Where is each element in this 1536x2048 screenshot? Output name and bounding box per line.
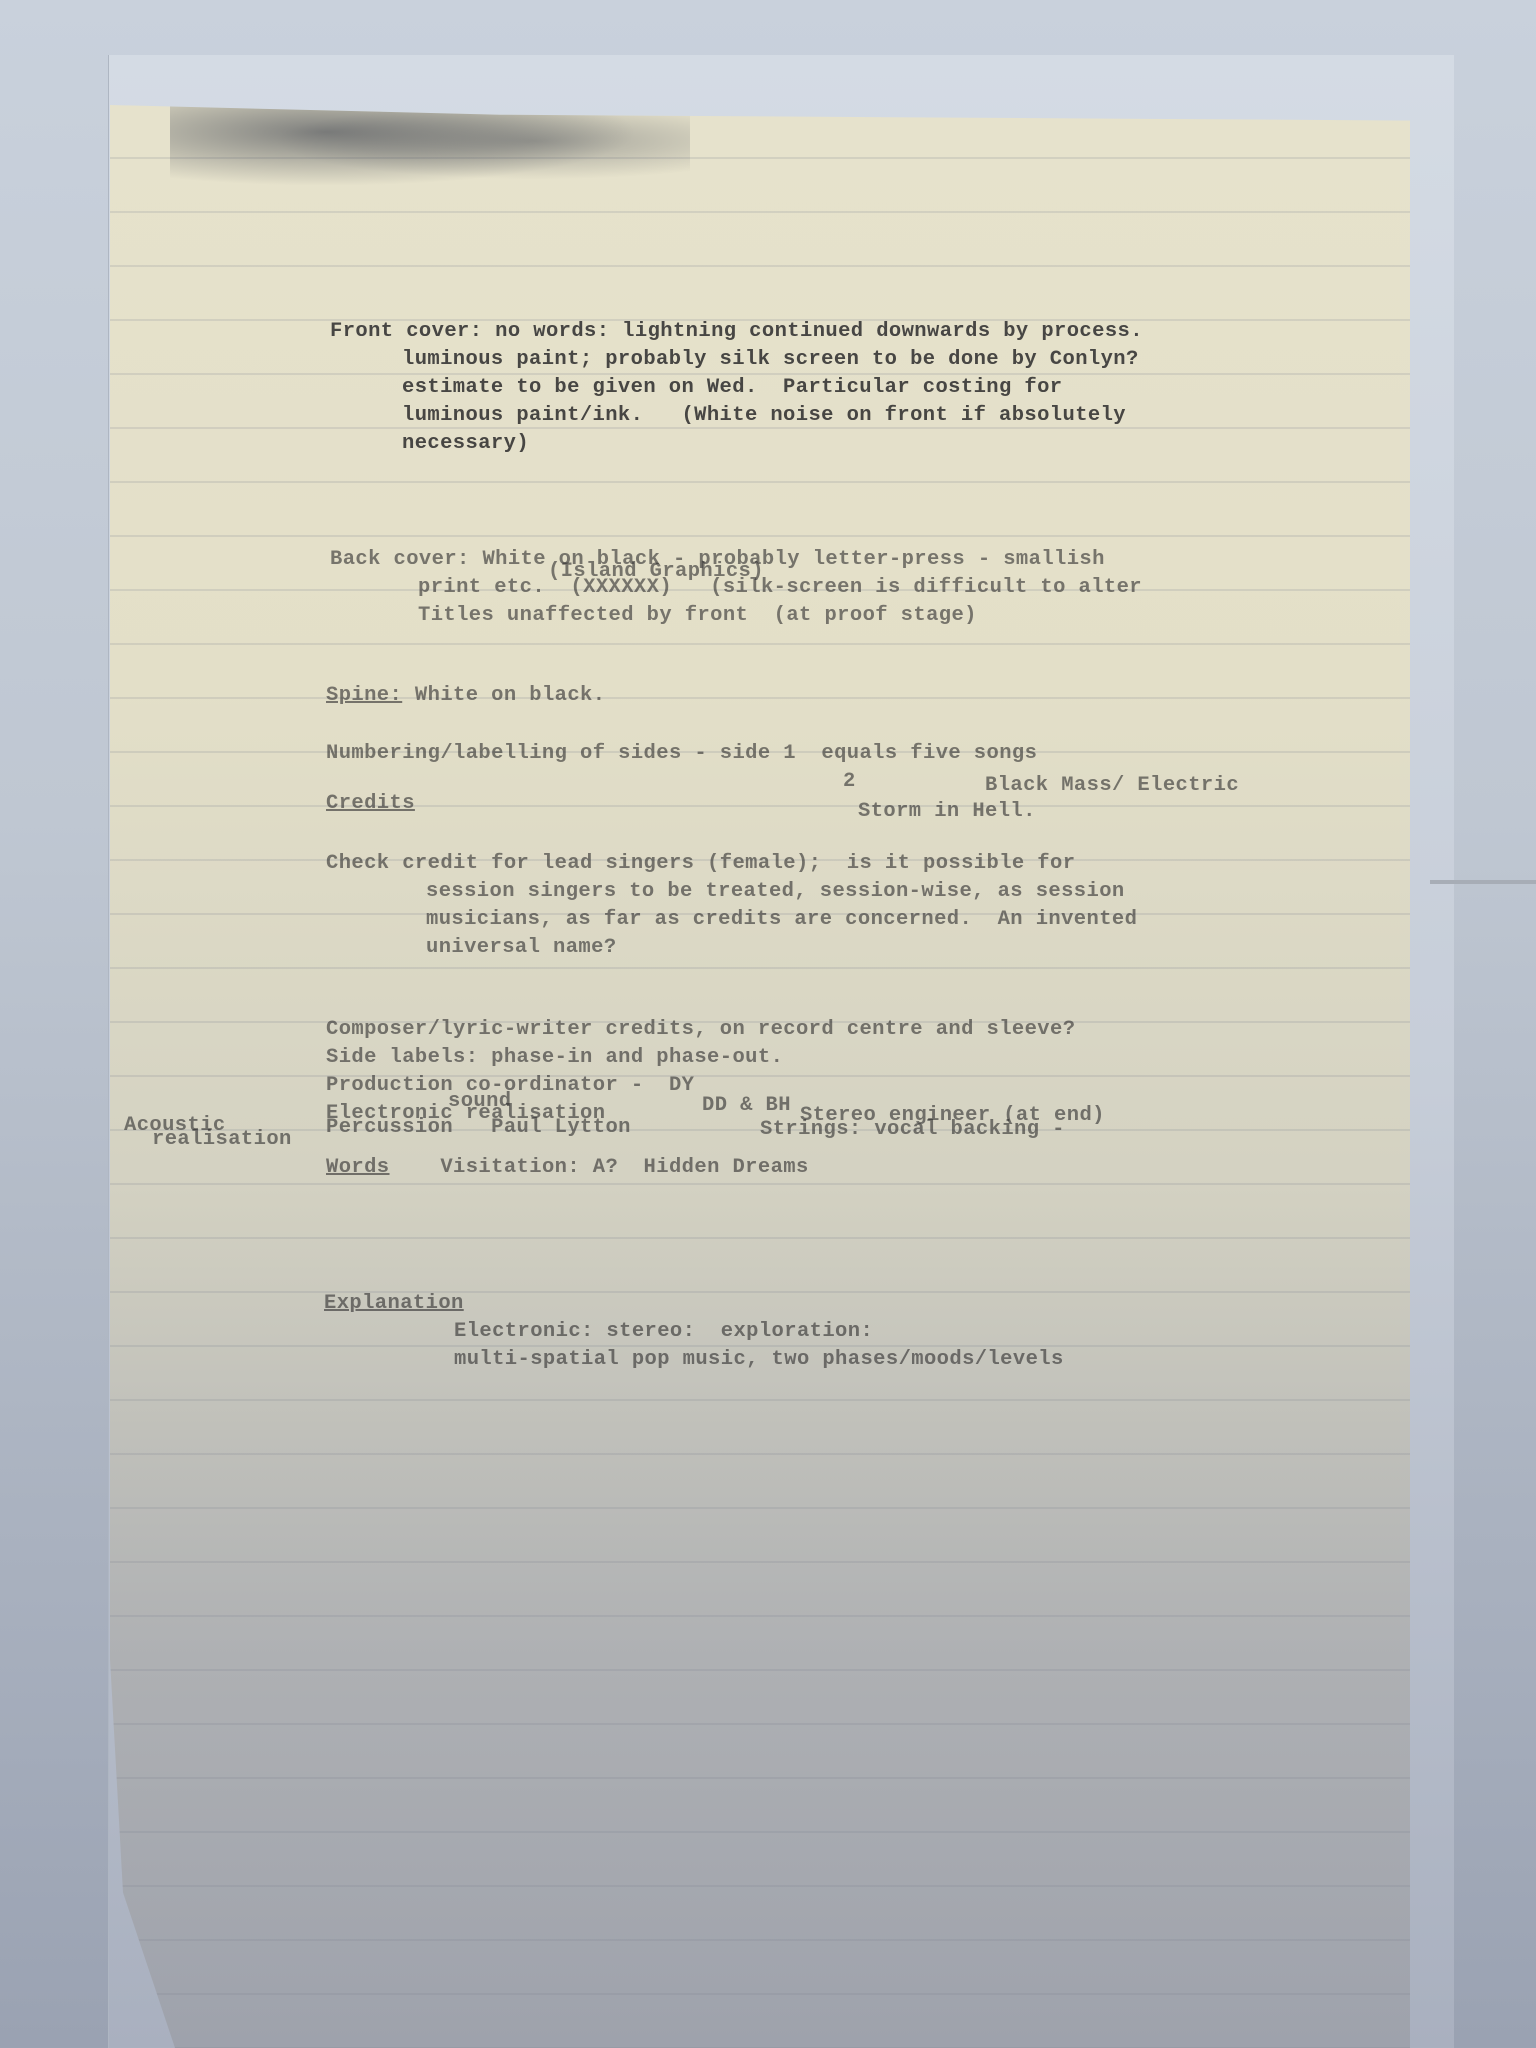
front-cover-line: luminous paint; probably silk screen to … [402,346,1139,373]
front-cover-line: luminous paint/ink. (White noise on fron… [402,402,1126,429]
side2-number: 2 [843,768,856,795]
front-cover-line: no words: lightning continued downwards … [495,320,1143,343]
numbering-line: Numbering/labelling of sides - side 1 eq… [326,740,1037,767]
back-cover-line: Titles unaffected by front (at proof sta… [418,602,977,629]
front-cover-line: estimate to be given on Wed. Particular … [402,374,1063,401]
front-cover-label: Front cover: [330,320,482,343]
realisation-label: realisation [152,1126,292,1153]
credits-heading: Credits [326,790,415,817]
ink-smudge [170,105,690,195]
side2-text: Black Mass/ Electric [985,772,1239,799]
words-section: Words Visitation: A? Hidden Dreams [326,1154,809,1181]
spine-text: White on black. [415,684,606,707]
side2-cont: Storm in Hell. [858,798,1036,825]
credits-check-line: session singers to be treated, session-w… [426,878,1125,905]
front-cover-section: Front cover: no words: lightning continu… [330,318,1143,345]
strings-line: Strings: vocal backing - [760,1116,1065,1143]
explanation-heading: Explanation [324,1290,464,1317]
spine-label: Spine: [326,684,402,707]
back-cover-line: print etc. (XXXXXX) (silk-screen is diff… [418,574,1142,601]
words-label: Words [326,1156,390,1179]
credits-check-line: musicians, as far as credits are concern… [426,906,1137,933]
back-cover-label: Back cover: [330,548,470,571]
front-cover-line: necessary) [402,430,529,457]
backing-fold [1430,880,1536,884]
electronic-who: DD & BH [702,1092,791,1119]
explanation-line: multi-spatial pop music, two phases/mood… [454,1346,1064,1373]
explanation-line: Electronic: stereo: exploration: [454,1318,873,1345]
side-labels-line: Side labels: phase-in and phase-out. [326,1044,783,1071]
spine-section: Spine: White on black. [326,682,605,709]
composer-line: Composer/lyric-writer credits, on record… [326,1016,1075,1043]
percussion-line: Percussion Paul Lytton [326,1114,631,1141]
credits-check-line: universal name? [426,934,617,961]
credits-check-line: Check credit for lead singers (female); … [326,850,1075,877]
words-text: Visitation: A? Hidden Dreams [440,1156,808,1179]
